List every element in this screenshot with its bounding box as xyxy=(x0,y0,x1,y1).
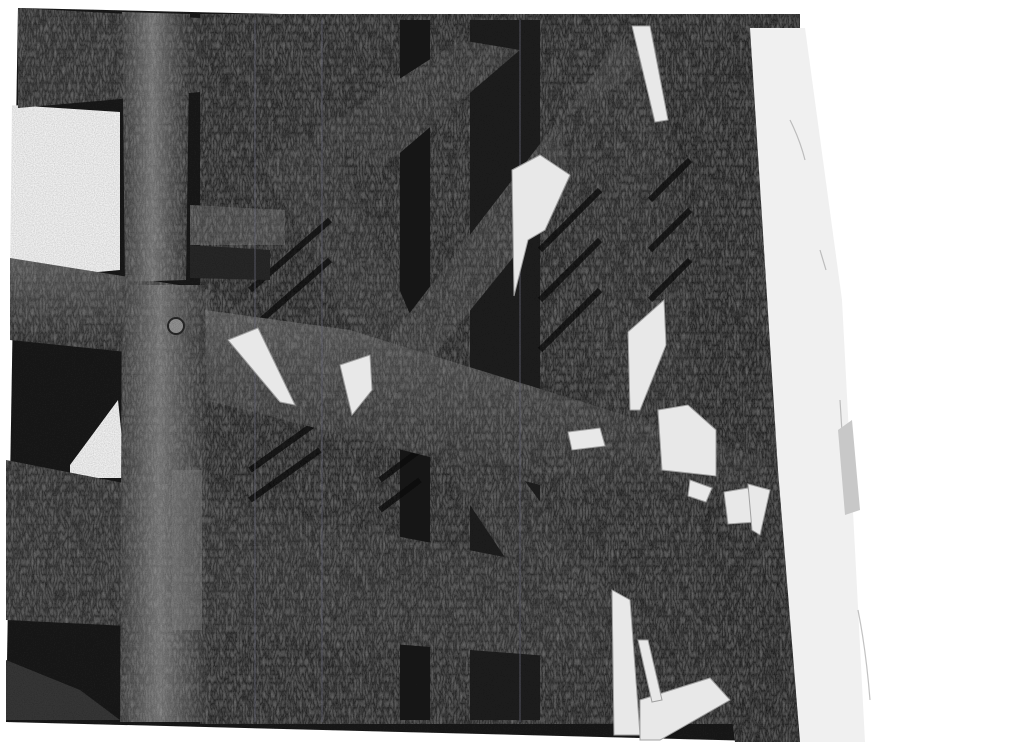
bolt-head xyxy=(168,318,184,334)
charred-timber-photo xyxy=(0,0,1024,753)
photo-print xyxy=(6,8,800,742)
